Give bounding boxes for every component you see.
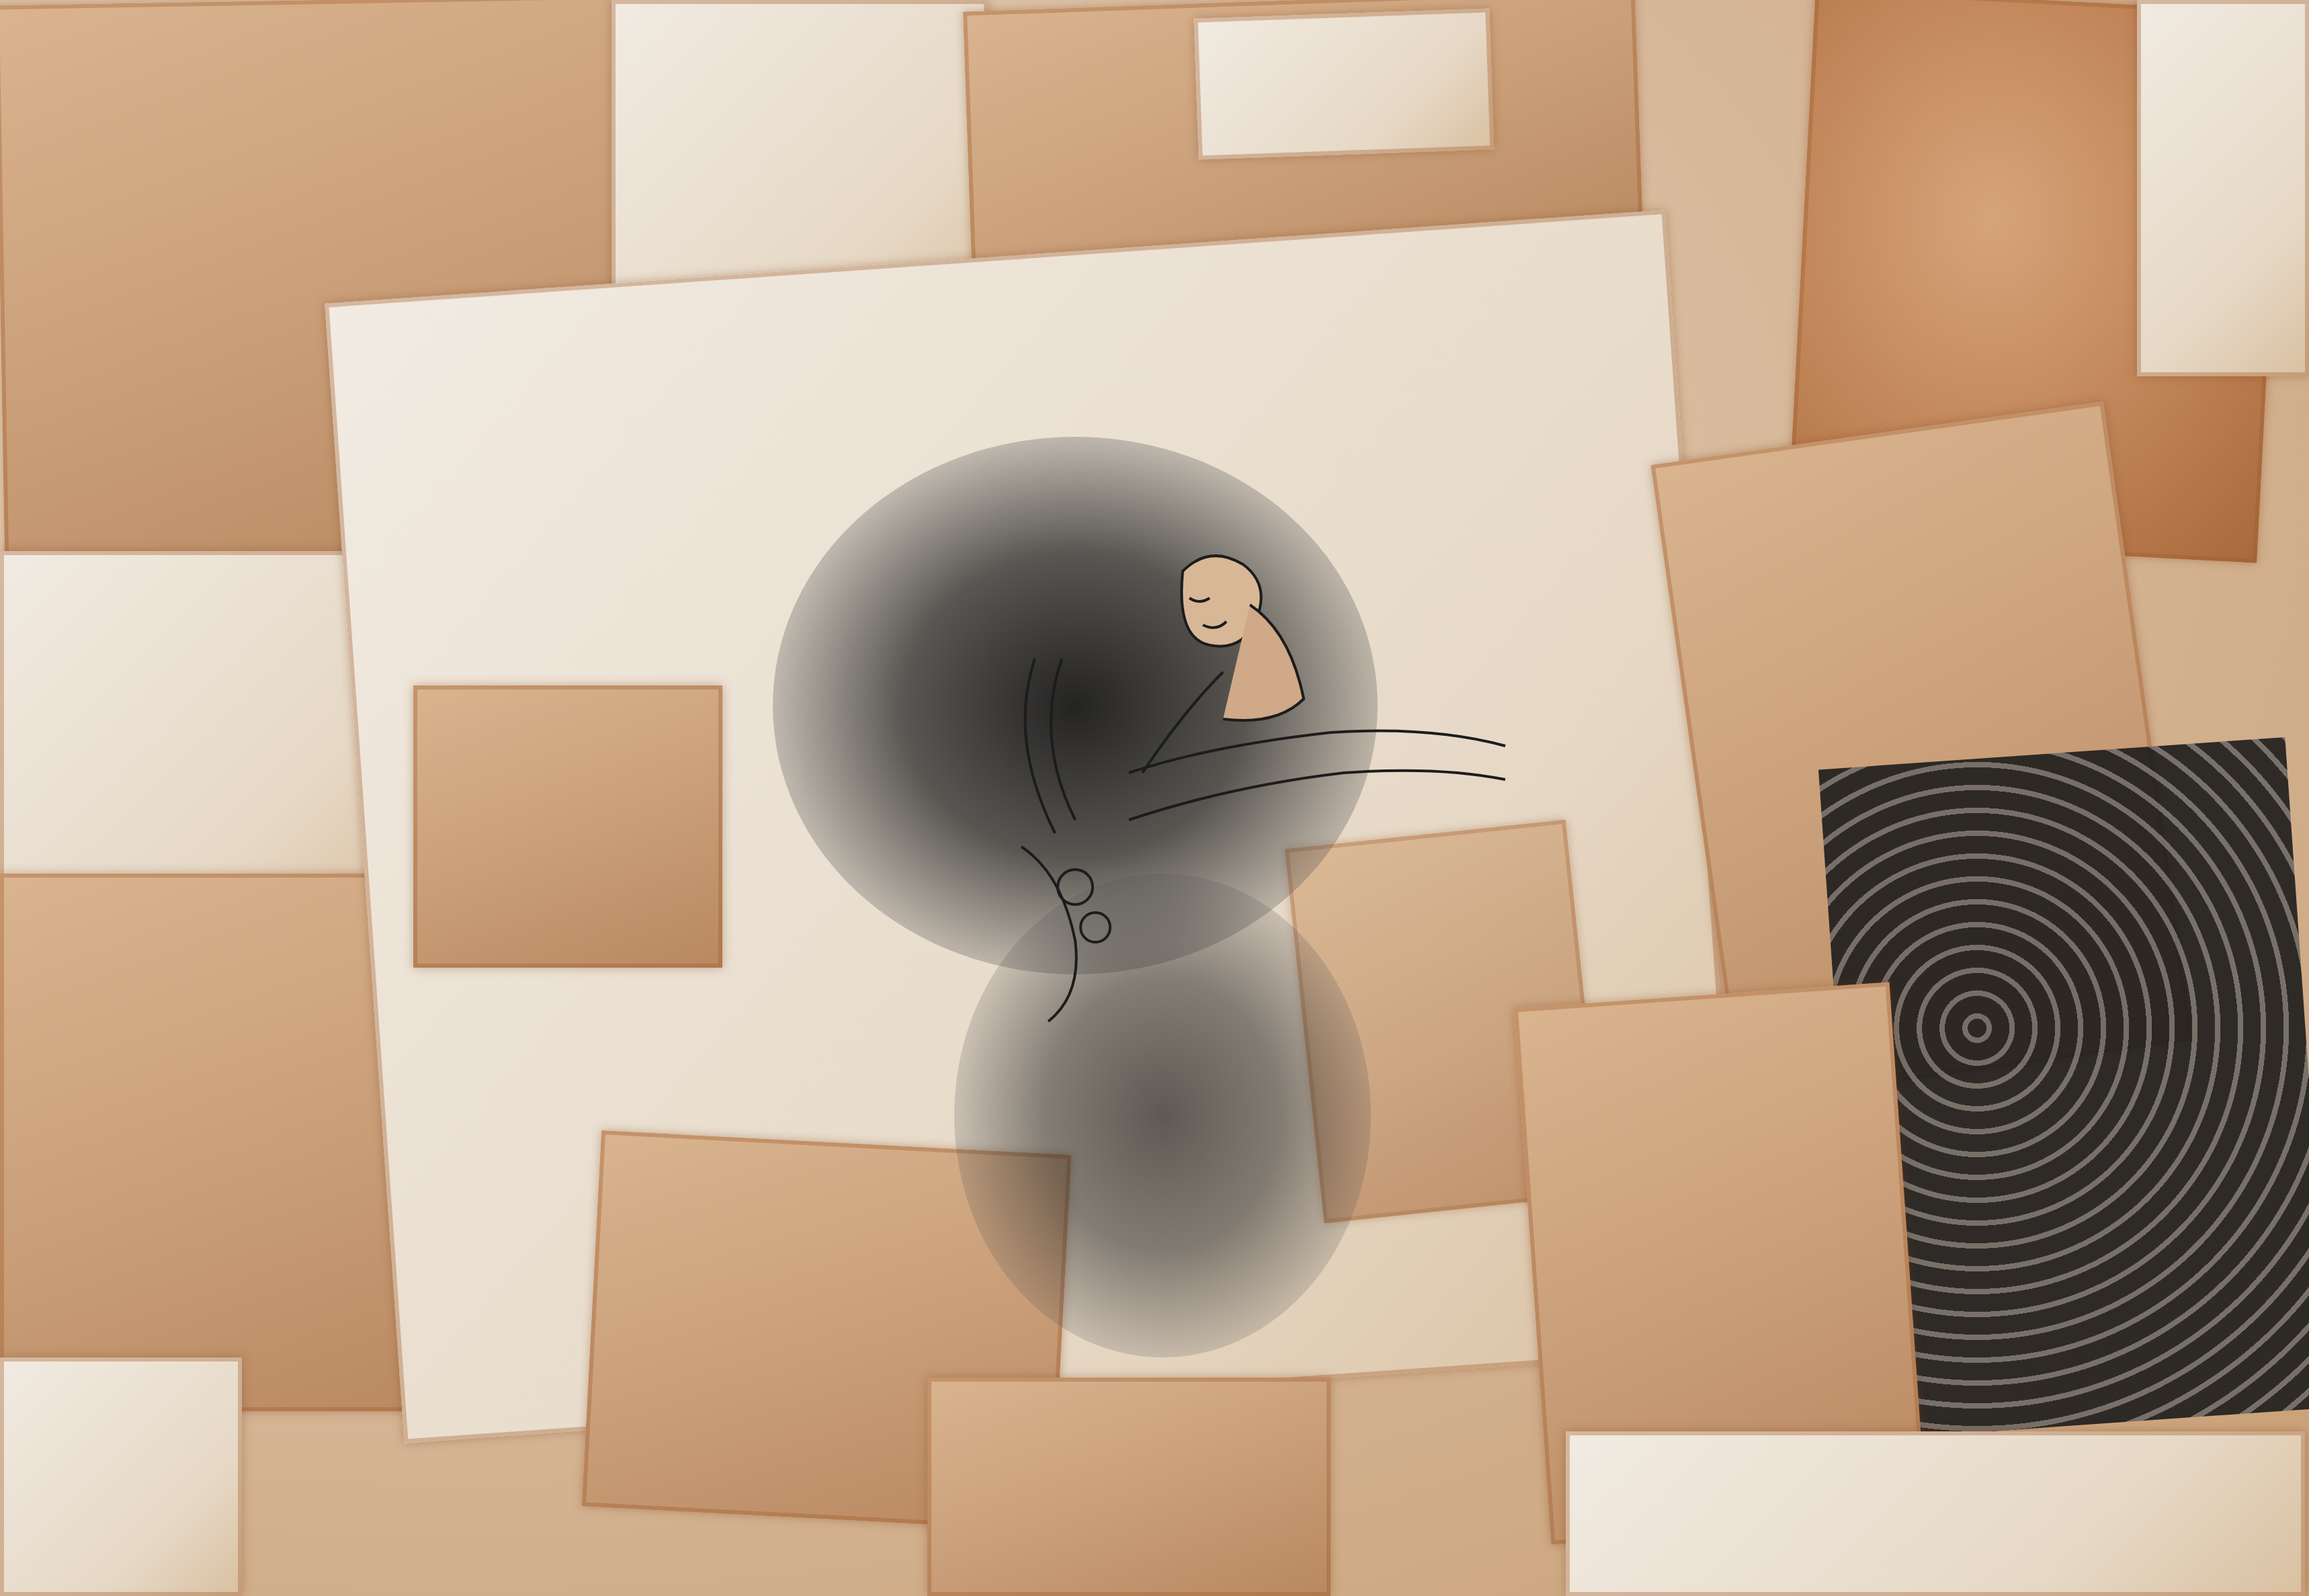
paper-fragment-top-small — [1193, 8, 1494, 159]
paper-fragment-right-upper — [2137, 0, 2309, 376]
calligraphy-fragment-center-left — [413, 685, 722, 968]
calligraphy-fragment-bottom — [1566, 1431, 2305, 1596]
paper-fragment-bottom-middle — [927, 1378, 1331, 1596]
dragon-and-rider-print — [874, 470, 1613, 1075]
collage-artwork — [0, 0, 2309, 1596]
printed-text-fragment-bottom-left — [0, 1357, 242, 1596]
